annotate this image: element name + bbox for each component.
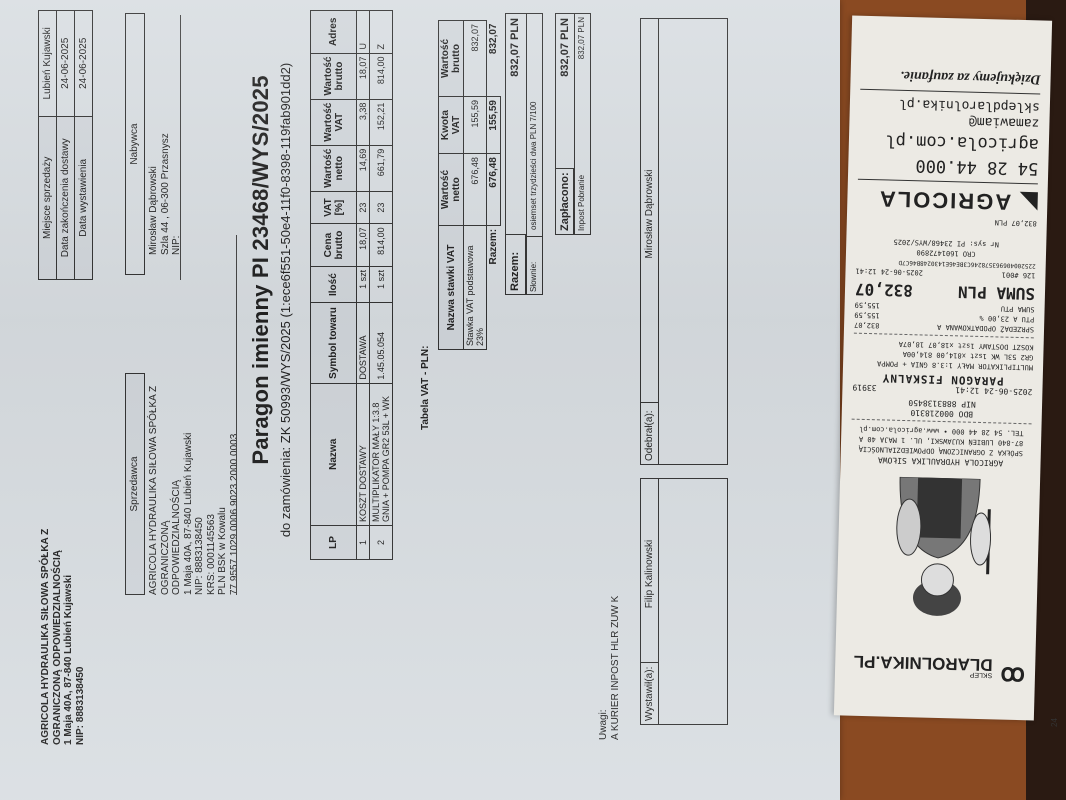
meta-label: Miejsce sprzedaży [39, 116, 57, 279]
words-value: osiemset trzydzieści dwa PLN 7/100 [529, 102, 538, 231]
issued-by-value: Filip Kalinowski [644, 494, 656, 654]
cell-gross: 18,07 [357, 53, 370, 99]
seller-header-line: OGRANICZONĄ ODPOWIEDZIALNOŚCIĄ [52, 529, 64, 745]
shop-logo-text: SKLEP DLAROLNIKA.PL [853, 656, 992, 680]
col-header: Kwota VAT [439, 97, 464, 154]
sum-row: SUMA PLN 832,07 [855, 280, 1035, 303]
paid-label: Zapłacono: [556, 168, 574, 234]
receipt-phone: 54 28 44.000 [858, 154, 1038, 179]
issued-by-line [658, 479, 659, 662]
paid-method-value: 832,07 PLN [577, 17, 586, 59]
cell-name: MULTIPLIKATOR MAŁY 1:3.8 GNIA + POMPA GR… [370, 383, 393, 525]
col-header: Ilość [311, 266, 357, 303]
document-wrapper: AGRICOLA HYDRAULIKA SIŁOWA SPÓŁKA Z OGRA… [0, 0, 830, 800]
col-header: Wartość brutto [439, 21, 464, 97]
fiscal-receipt-content: ꝏ SKLEP DLAROLNIKA.PL AGRICOLA HYDRAULIK… [834, 16, 1052, 721]
notes-label: Uwagi: [598, 596, 610, 740]
order-reference: do zamówienia: ZK 50993/WYS/2025 (1:ece6… [278, 0, 293, 600]
buyer-details: Mirosław Dąbrowski Szla 44 , 06-300 Prza… [148, 15, 183, 255]
words-row: Słownie: osiemset trzydzieści dwa PLN 7/… [526, 14, 542, 294]
cell-price: 814,00 [370, 224, 393, 267]
shop-logo: ꝏ SKLEP DLAROLNIKA.PL [845, 656, 1025, 681]
meta-value: 24-06-2025 [75, 11, 93, 117]
col-header: Wartość brutto [311, 53, 357, 99]
buyer-line: Mirosław Dąbrowski [148, 15, 160, 255]
notes-value: A KURIER INPOST HLR ZUW K [610, 596, 622, 740]
ptu-a-value: 155,59 [854, 310, 880, 321]
paid-value: 832,07 PLN [559, 18, 571, 77]
col-header: Wartość netto [439, 154, 464, 226]
cell-net: 676,48 [464, 154, 487, 226]
vat-header-row: Nazwa stawki VAT Wartość netto Kwota VAT… [439, 21, 464, 350]
words-label: Słownie: [527, 236, 542, 294]
ptu-label: SUMA PTU [1001, 304, 1035, 313]
seller-line: 1 Maja 40A, 87-840 Lubień Kujawski [183, 355, 195, 595]
seller-header-line: 1 Maja 40A, 87-840 Lubień Kujawski [63, 529, 75, 745]
cell-gross: 814,00 [370, 53, 393, 99]
notes: Uwagi: A KURIER INPOST HLR ZUW K [598, 596, 621, 740]
cell-net: 14,69 [357, 145, 370, 191]
cell-lp: 1 [357, 526, 370, 560]
brand-name: AGRICOLA [878, 186, 1012, 214]
received-by-box: Odebrał(a): Mirosław Dąbrowski [640, 18, 728, 465]
cell-gross: 832,07 [464, 21, 487, 97]
seller-line: PLN BSK w Kowalu [217, 355, 229, 595]
ptu-a-label: PTU A 23,00 % [979, 314, 1034, 323]
cell-vat-rate: 23 [370, 191, 393, 224]
meta-row: Data zakończenia dostawy 24-06-2025 [57, 11, 75, 280]
cell-net: 661,79 [370, 145, 393, 191]
seller-divider [236, 235, 237, 595]
cell-vat: 3,38 [357, 99, 370, 145]
sum-value: 832,07 [855, 280, 913, 300]
cell-vat: 155,59 [464, 97, 487, 154]
col-header: Adres [311, 11, 357, 54]
paid-method-row: Inpost Pobranie 832,07 PLN [574, 14, 590, 234]
sum-label: SUMA PLN [958, 282, 1036, 303]
seller-title: Sprzedawca [125, 373, 145, 595]
cell-lp: 2 [370, 526, 393, 560]
items-header-row: LP Nazwa Symbol towaru Ilość Cena brutto… [311, 11, 357, 560]
receipt-total-small: 832,07 PLN [857, 214, 1037, 229]
col-header: Symbol towaru [311, 303, 357, 383]
vat-total-gross: 832,07 [487, 21, 501, 97]
vat-total-net: 676,48 [487, 154, 501, 226]
table-row: 2 MULTIPLIKATOR MAŁY 1:3.8 GNIA + POMPA … [370, 11, 393, 560]
divider [858, 179, 1038, 185]
cell-address: Z [370, 11, 393, 54]
items-table: LP Nazwa Symbol towaru Ilość Cena brutto… [310, 10, 393, 560]
seller-line: ODPOWIEDZIALNOŚCIĄ [171, 355, 183, 595]
seller-line: 77 9557 1029 0006 9023 2000 0003 [229, 355, 241, 595]
issued-by-label: Wystawił(a): [641, 662, 659, 724]
receipt-slogan: Dziękujemy za zaufanie. [860, 66, 1040, 87]
meta-value: 24-06-2025 [57, 11, 75, 117]
cell-name: KOSZT DOSTAWY [357, 383, 370, 525]
received-by-line [658, 19, 659, 402]
cell-address: U [357, 11, 370, 54]
ptu-value: 155,59 [854, 300, 880, 311]
col-header: Cena brutto [311, 224, 357, 267]
received-by-label: Odebrał(a): [641, 402, 659, 464]
vat-table-title: Tabela VAT - PLN: [420, 346, 432, 430]
col-header: Wartość netto [311, 145, 357, 191]
meta-label: Data zakończenia dostawy [57, 116, 75, 279]
meta-value: Lubień Kujawski [39, 11, 57, 117]
brand-row: ◣ AGRICOLA [857, 186, 1038, 215]
received-by-value: Mirosław Dąbrowski [644, 34, 656, 394]
till-number: 126 #001 [1002, 271, 1036, 280]
cell-vat-rate: 23 [357, 191, 370, 224]
seller-line: AGRICOLA HYDRAULIKA SIŁOWA SPÓŁKA Z OGRA… [148, 355, 171, 595]
seller-details: AGRICOLA HYDRAULIKA SIŁOWA SPÓŁKA Z OGRA… [148, 355, 240, 595]
shop-logo-name: DLAROLNIKA.PL [854, 656, 993, 670]
buyer-title: Nabywca [125, 13, 145, 275]
buyer-line: Szla 44 , 06-300 Przasnysz [160, 15, 172, 255]
total-label: Razem: [506, 234, 526, 294]
shop-logo-icon: ꝏ [1000, 662, 1025, 690]
fiscal-receipt: ꝏ SKLEP DLAROLNIKA.PL AGRICOLA HYDRAULIK… [834, 16, 1052, 721]
cell-qty: 1 szt [357, 266, 370, 303]
cell-vat: 152,21 [370, 99, 393, 145]
col-header: VAT [%] [311, 191, 357, 224]
seller-line: KRS: 0001145563 [206, 355, 218, 595]
till-datetime: 2025-06-24 12:41 [855, 266, 923, 278]
cell-vat-name: Stawka VAT podstawowa 23% [464, 225, 487, 349]
cell-symbol: DOSTAWA [357, 303, 370, 383]
total-box: Razem: 832,07 PLN Słownie: osiemset trzy… [505, 13, 543, 295]
seller-line: NIP: 8883138450 [194, 355, 206, 595]
table-row: 1 KOSZT DOSTAWY DOSTAWA 1 szt 18,07 23 1… [357, 11, 370, 560]
col-header: Nazwa [311, 383, 357, 525]
page-number: 24 [1050, 718, 1059, 727]
meta-label: Data wystawienia [75, 116, 93, 279]
sales-a-value: 832,07 [854, 320, 880, 331]
seller-header: AGRICOLA HYDRAULIKA SIŁOWA SPÓŁKA Z OGRA… [40, 529, 86, 745]
col-header: Wartość VAT [311, 99, 357, 145]
cell-qty: 1 szt [370, 266, 393, 303]
farmer-illustration-icon [866, 476, 1010, 630]
vat-table: Nazwa stawki VAT Wartość netto Kwota VAT… [438, 20, 501, 350]
receipt-web: agricola.com.pl [859, 130, 1039, 155]
issued-by-box: Wystawił(a): Filip Kalinowski [640, 478, 728, 725]
col-header: Nazwa stawki VAT [439, 225, 464, 349]
paid-box: Zapłacono: 832,07 PLN Inpost Pobranie 83… [555, 13, 591, 235]
seller-header-line: NIP: 8883138450 [75, 529, 87, 745]
page-title: Paragon imienny PI 23468/WYS/2025 [248, 0, 274, 540]
vat-total-label: Razem: [487, 225, 501, 349]
cell-price: 18,07 [357, 224, 370, 267]
brand-logo-icon: ◣ [1018, 190, 1038, 215]
meta-row: Data wystawienia 24-06-2025 [75, 11, 93, 280]
paid-method: Inpost Pobranie [577, 175, 586, 231]
table-row: Stawka VAT podstawowa 23% 676,48 155,59 … [464, 21, 487, 350]
receipt-document: AGRICOLA HYDRAULIKA SIŁOWA SPÓŁKA Z OGRA… [0, 0, 840, 800]
vat-total-vat: 155,59 [487, 97, 501, 154]
buyer-divider [180, 15, 181, 280]
sales-a-label: SPRZEDAŻ OPODATKOWANA A [937, 323, 1034, 334]
vat-total-row: Razem: 676,48 155,59 832,07 [487, 21, 501, 350]
receipt-number: 33919 [852, 382, 876, 393]
cell-symbol: 1.45.05.054 [370, 303, 393, 383]
meta-row: Miejsce sprzedaży Lubień Kujawski [39, 11, 57, 280]
col-header: LP [311, 526, 357, 560]
total-value: 832,07 PLN [509, 18, 521, 77]
seller-header-line: AGRICOLA HYDRAULIKA SIŁOWA SPÓŁKA Z [40, 529, 52, 745]
meta-table: Miejsce sprzedaży Lubień Kujawski Data z… [38, 10, 93, 280]
